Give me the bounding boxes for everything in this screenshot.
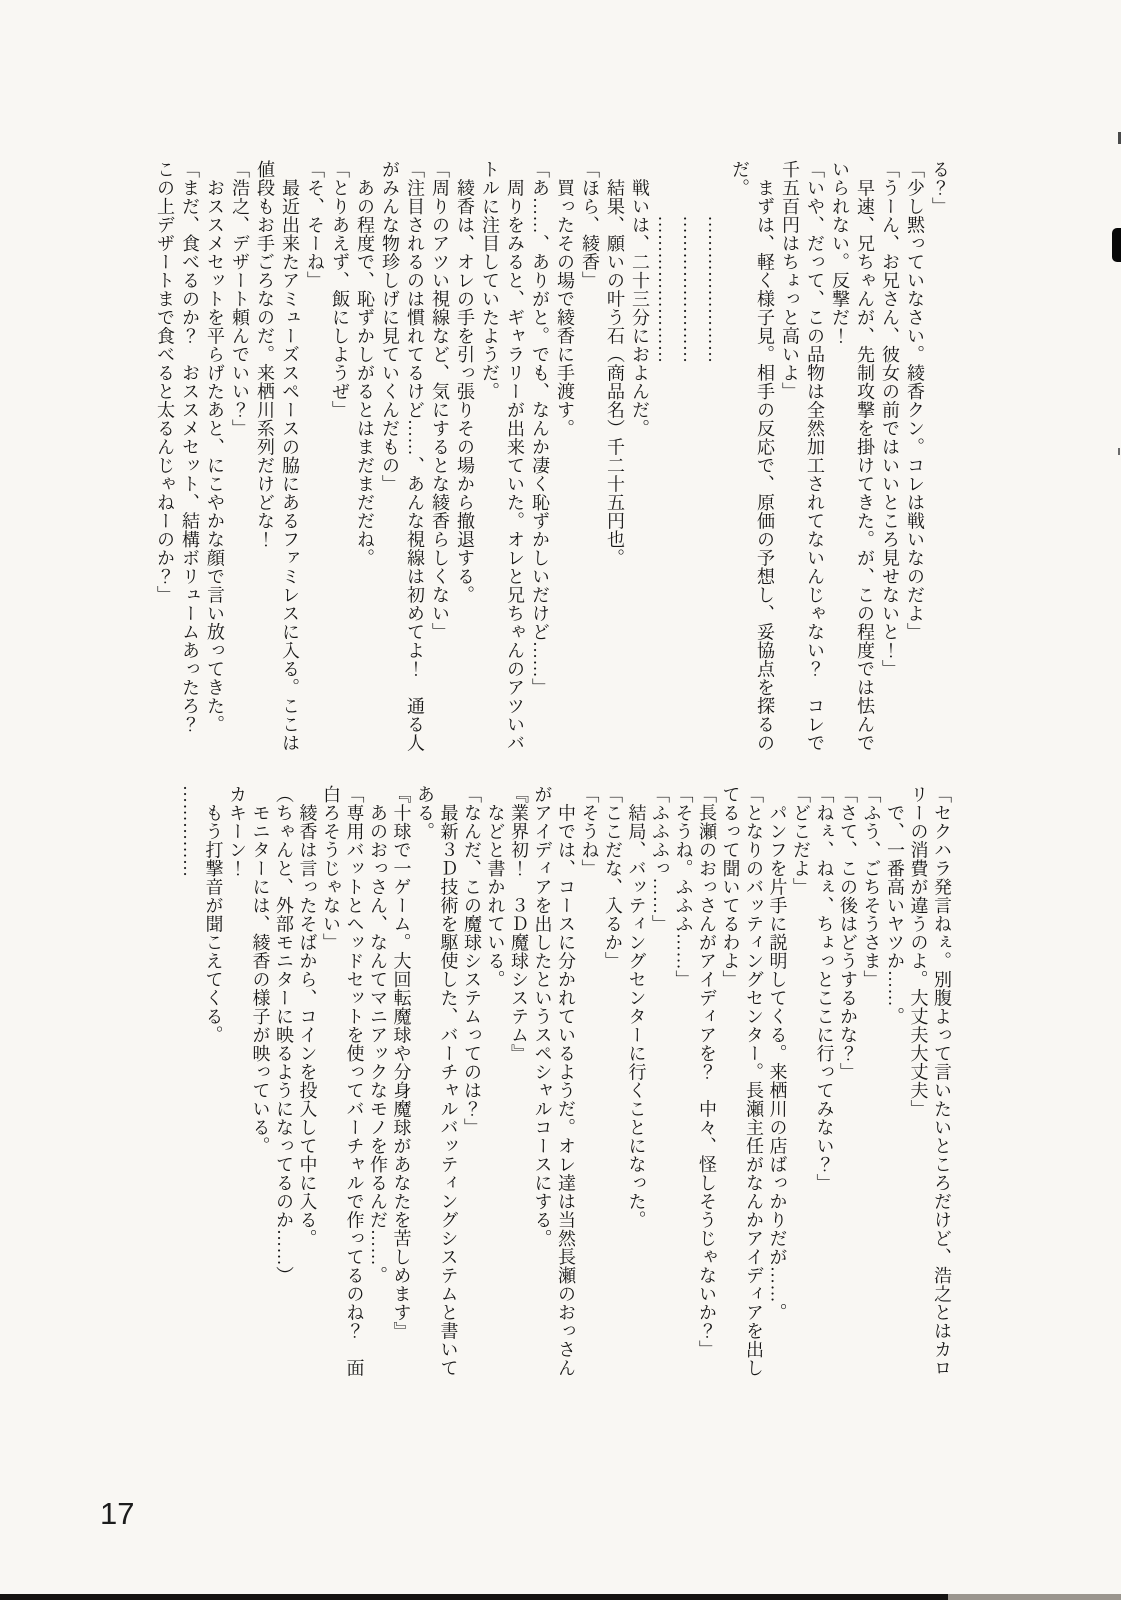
text-column: だ。 (727, 160, 752, 792)
text-column: 「そ、そーね」 (302, 160, 327, 792)
text-column: まずは、軽く様子見。相手の反応で、原価の予想し、妥協点を探るの (752, 160, 777, 792)
text-column: がアイディアを出したというスペシャルコースにする。 (530, 785, 554, 1417)
text-column: トルに注目していたようだ。 (477, 160, 502, 792)
scan-artifact-right-edge-blob (1112, 228, 1121, 262)
vertical-text-block-bottom: 「セクハラ発言ねぇ。別腹よって言いたいところだけど、浩之とはカロリーの消費が違う… (178, 785, 954, 1417)
text-column: 中では、コースに分かれているようだ。オレ達は当然長瀬のおっさん (554, 785, 578, 1417)
text-column: てるって聞いてるわよ」 (718, 785, 742, 1417)
text-column: もう打撃音が聞こえてくる。 (201, 785, 225, 1417)
text-column: 「セクハラ発言ねぇ。別腹よって言いたいところだけど、浩之とはカロ (930, 785, 954, 1417)
text-column: 「ふう、ごちそうさま」 (859, 785, 883, 1417)
vertical-text-block-top: る？」「少し黙っていなさい。綾香クン。コレは戦いなのだよ」「うーん、お兄さん、彼… (152, 160, 952, 792)
text-column: …………………… (702, 160, 727, 792)
page-number: 17 (100, 1496, 134, 1532)
text-column: 『業界初！ ３Ｄ魔球システム』 (507, 785, 531, 1417)
text-column: がみんな物珍しげに見ていくんだもの」 (377, 160, 402, 792)
text-column: 白ろそうじゃない」 (319, 785, 343, 1417)
text-column: モニターには、綾香の様子が映っている。 (248, 785, 272, 1417)
text-column: 「いや、だって、この品物は全然加工されてないんじゃない？ コレで (802, 160, 827, 792)
text-column: 最新３Ｄ技術を駆使した、バーチャルバッティングシステムと書いて (436, 785, 460, 1417)
text-column: 「そうね」 (577, 785, 601, 1417)
text-column: 「うーん、お兄さん、彼女の前ではいいところ見せないと！」 (877, 160, 902, 792)
text-column: 最近出来たアミューズスペースの脇にあるファミレスに入る。ここは (277, 160, 302, 792)
text-column: 結局、バッティングセンターに行くことになった。 (624, 785, 648, 1417)
text-column: おススメセットを平らげたあと、にこやかな顔で言い放ってきた。 (202, 160, 227, 792)
text-column: …………………… (652, 160, 677, 792)
text-column: 早速、兄ちゃんが、先制攻撃を掛けてきた。が、この程度では怯んで (852, 160, 877, 792)
text-column: 「どこだよ」 (789, 785, 813, 1417)
text-column: …………… (178, 785, 202, 1417)
text-column: 「ふふふっ……」 (648, 785, 672, 1417)
text-column: 値段もお手ごろなのだ。来栖川系列だけどな！ (252, 160, 277, 792)
scanned-novel-page: る？」「少し黙っていなさい。綾香クン。コレは戦いなのだよ」「うーん、お兄さん、彼… (0, 0, 1121, 1600)
text-column: ある。 (413, 785, 437, 1417)
text-column: この上デザートまで食べると太るんじゃねーのか？」 (152, 160, 177, 792)
text-column: る？」 (927, 160, 952, 792)
text-column: リーの消費が違うのよ。大丈夫大丈夫」 (906, 785, 930, 1417)
text-column: 「浩之、デザート頼んでいい？」 (227, 160, 252, 792)
text-column: パンフを片手に説明してくる。来栖川の店ばっかりだが……。 (765, 785, 789, 1417)
text-column: 「まだ、食べるのか？ おススメセット、結構ボリュームあったろ？ (177, 160, 202, 792)
text-column: あのおっさん、なんてマニアックなモノを作るんだ……。 (366, 785, 390, 1417)
text-column: 『十球で一ゲーム。大回転魔球や分身魔球があなたを苦しめます』 (389, 785, 413, 1417)
text-column: あの程度で、恥ずかしがるとはまだまだだね。 (352, 160, 377, 792)
text-column: 「少し黙っていなさい。綾香クン。コレは戦いなのだよ」 (902, 160, 927, 792)
text-column: 「とりあえず、飯にしようぜ」 (327, 160, 352, 792)
text-column: 「あ……、ありがと。でも、なんか凄く恥ずかしいだけど……」 (527, 160, 552, 792)
text-column: （ちゃんと、外部モニターに映るようになってるのか……） (272, 785, 296, 1417)
text-column: 結果、願いの叶う石（商品名）千二十五円也。 (602, 160, 627, 792)
text-column: 買ったその場で綾香に手渡す。 (552, 160, 577, 792)
text-column: 「ねぇ、ねぇ、ちょっとここに行ってみない？」 (812, 785, 836, 1417)
scan-artifact-bottom-bar-light (948, 1594, 1121, 1600)
text-column: 「そうね。ふふふ……」 (671, 785, 695, 1417)
text-column: 「ほら、綾香」 (577, 160, 602, 792)
scan-artifact-right-edge-speck (1118, 448, 1120, 455)
text-column: 「長瀬のおっさんがアイディアを？ 中々、怪しそうじゃないか？」 (695, 785, 719, 1417)
text-column: 戦いは、二十三分におよんだ。 (627, 160, 652, 792)
text-column: 「さて、この後はどうするかな？」 (836, 785, 860, 1417)
text-column: 「なんだ、この魔球システムってのは？」 (460, 785, 484, 1417)
text-column: などと書かれている。 (483, 785, 507, 1417)
text-column: …………………… (677, 160, 702, 792)
text-column: 「ここだな、入るか」 (601, 785, 625, 1417)
text-column: 「となりのバッティングセンター。長瀬主任がなんかアイディアを出し (742, 785, 766, 1417)
text-column: 「専用バットとヘッドセットを使ってバーチャルで作ってるのね？ 面 (342, 785, 366, 1417)
text-column: で、一番高いヤツか……。 (883, 785, 907, 1417)
text-column: 「周りのアツい視線など、気にするとな綾香らしくない」 (427, 160, 452, 792)
text-column: 「注目されるのは慣れてるけど……、あんな視線は初めてよ！ 通る人 (402, 160, 427, 792)
text-column: 綾香は、オレの手を引っ張りその場から撤退する。 (452, 160, 477, 792)
text-column: カキーン！ (225, 785, 249, 1417)
text-column: 千五百円はちょっと高いよ」 (777, 160, 802, 792)
text-column: いられない。反撃だ！ (827, 160, 852, 792)
text-column: 綾香は言ったそばから、コインを投入して中に入る。 (295, 785, 319, 1417)
text-column: 周りをみると、ギャラリーが出来ていた。オレと兄ちゃんのアツいバ (502, 160, 527, 792)
scan-artifact-bottom-bar (0, 1594, 948, 1600)
